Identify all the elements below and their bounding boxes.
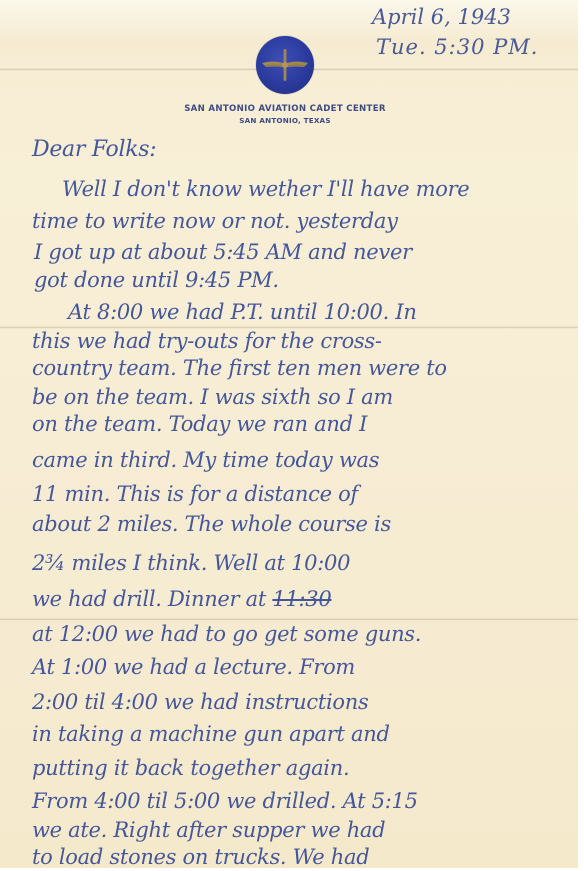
letter-line: time to write now or not. yesterday (32, 209, 398, 233)
letter-date: April 6, 1943 (372, 2, 538, 32)
letter-line: on the team. Today we ran and I (32, 412, 367, 436)
letter-line: At 8:00 we had P.T. until 10:00. In (68, 300, 417, 324)
letter-line: Well I don't know wether I'll have more (62, 177, 469, 201)
letter-line: country team. The first ten men were to (32, 356, 447, 380)
letter-page: April 6, 1943 Tue. 5:30 PM. SAN ANTONIO … (0, 0, 578, 868)
letter-line: this we had try-outs for the cross- (32, 329, 382, 353)
dinner-prefix: we had drill. Dinner at (32, 587, 272, 611)
letter-line: putting it back together again. (32, 756, 349, 780)
letter-day-time: Tue. 5:30 PM. (372, 32, 538, 62)
salutation: Dear Folks: (32, 137, 156, 162)
letterhead-city: SAN ANTONIO, TEXAS (180, 115, 390, 127)
letter-line: got done until 9:45 PM. (34, 268, 279, 292)
letterhead-name: SAN ANTONIO AVIATION CADET CENTER (180, 103, 390, 115)
letter-line: I got up at about 5:45 AM and never (34, 240, 412, 264)
letter-line: 2¾ miles I think. Well at 10:00 (32, 551, 350, 575)
army-air-forces-emblem-icon (256, 36, 314, 94)
date-block: April 6, 1943 Tue. 5:30 PM. (372, 2, 538, 62)
fold-line (0, 618, 578, 621)
letter-line: about 2 miles. The whole course is (32, 512, 391, 536)
letter-line: we ate. Right after supper we had (32, 818, 385, 842)
letter-line: at 12:00 we had to go get some guns. (32, 622, 421, 646)
struck-time: 11:30 (272, 587, 331, 611)
letter-line: At 1:00 we had a lecture. From (32, 655, 355, 679)
letter-line-dinner: we had drill. Dinner at 11:30 (32, 587, 331, 611)
letter-line: From 4:00 til 5:00 we drilled. At 5:15 (32, 789, 418, 813)
letter-line: came in third. My time today was (32, 448, 379, 472)
letter-line: in taking a machine gun apart and (32, 722, 390, 746)
letter-line: 11 min. This is for a distance of (32, 482, 358, 506)
letter-line: be on the team. I was sixth so I am (32, 385, 393, 409)
letterhead: SAN ANTONIO AVIATION CADET CENTER SAN AN… (180, 103, 390, 127)
letter-line: to load stones on trucks. We had (32, 845, 369, 868)
letter-line: 2:00 til 4:00 we had instructions (32, 690, 368, 714)
